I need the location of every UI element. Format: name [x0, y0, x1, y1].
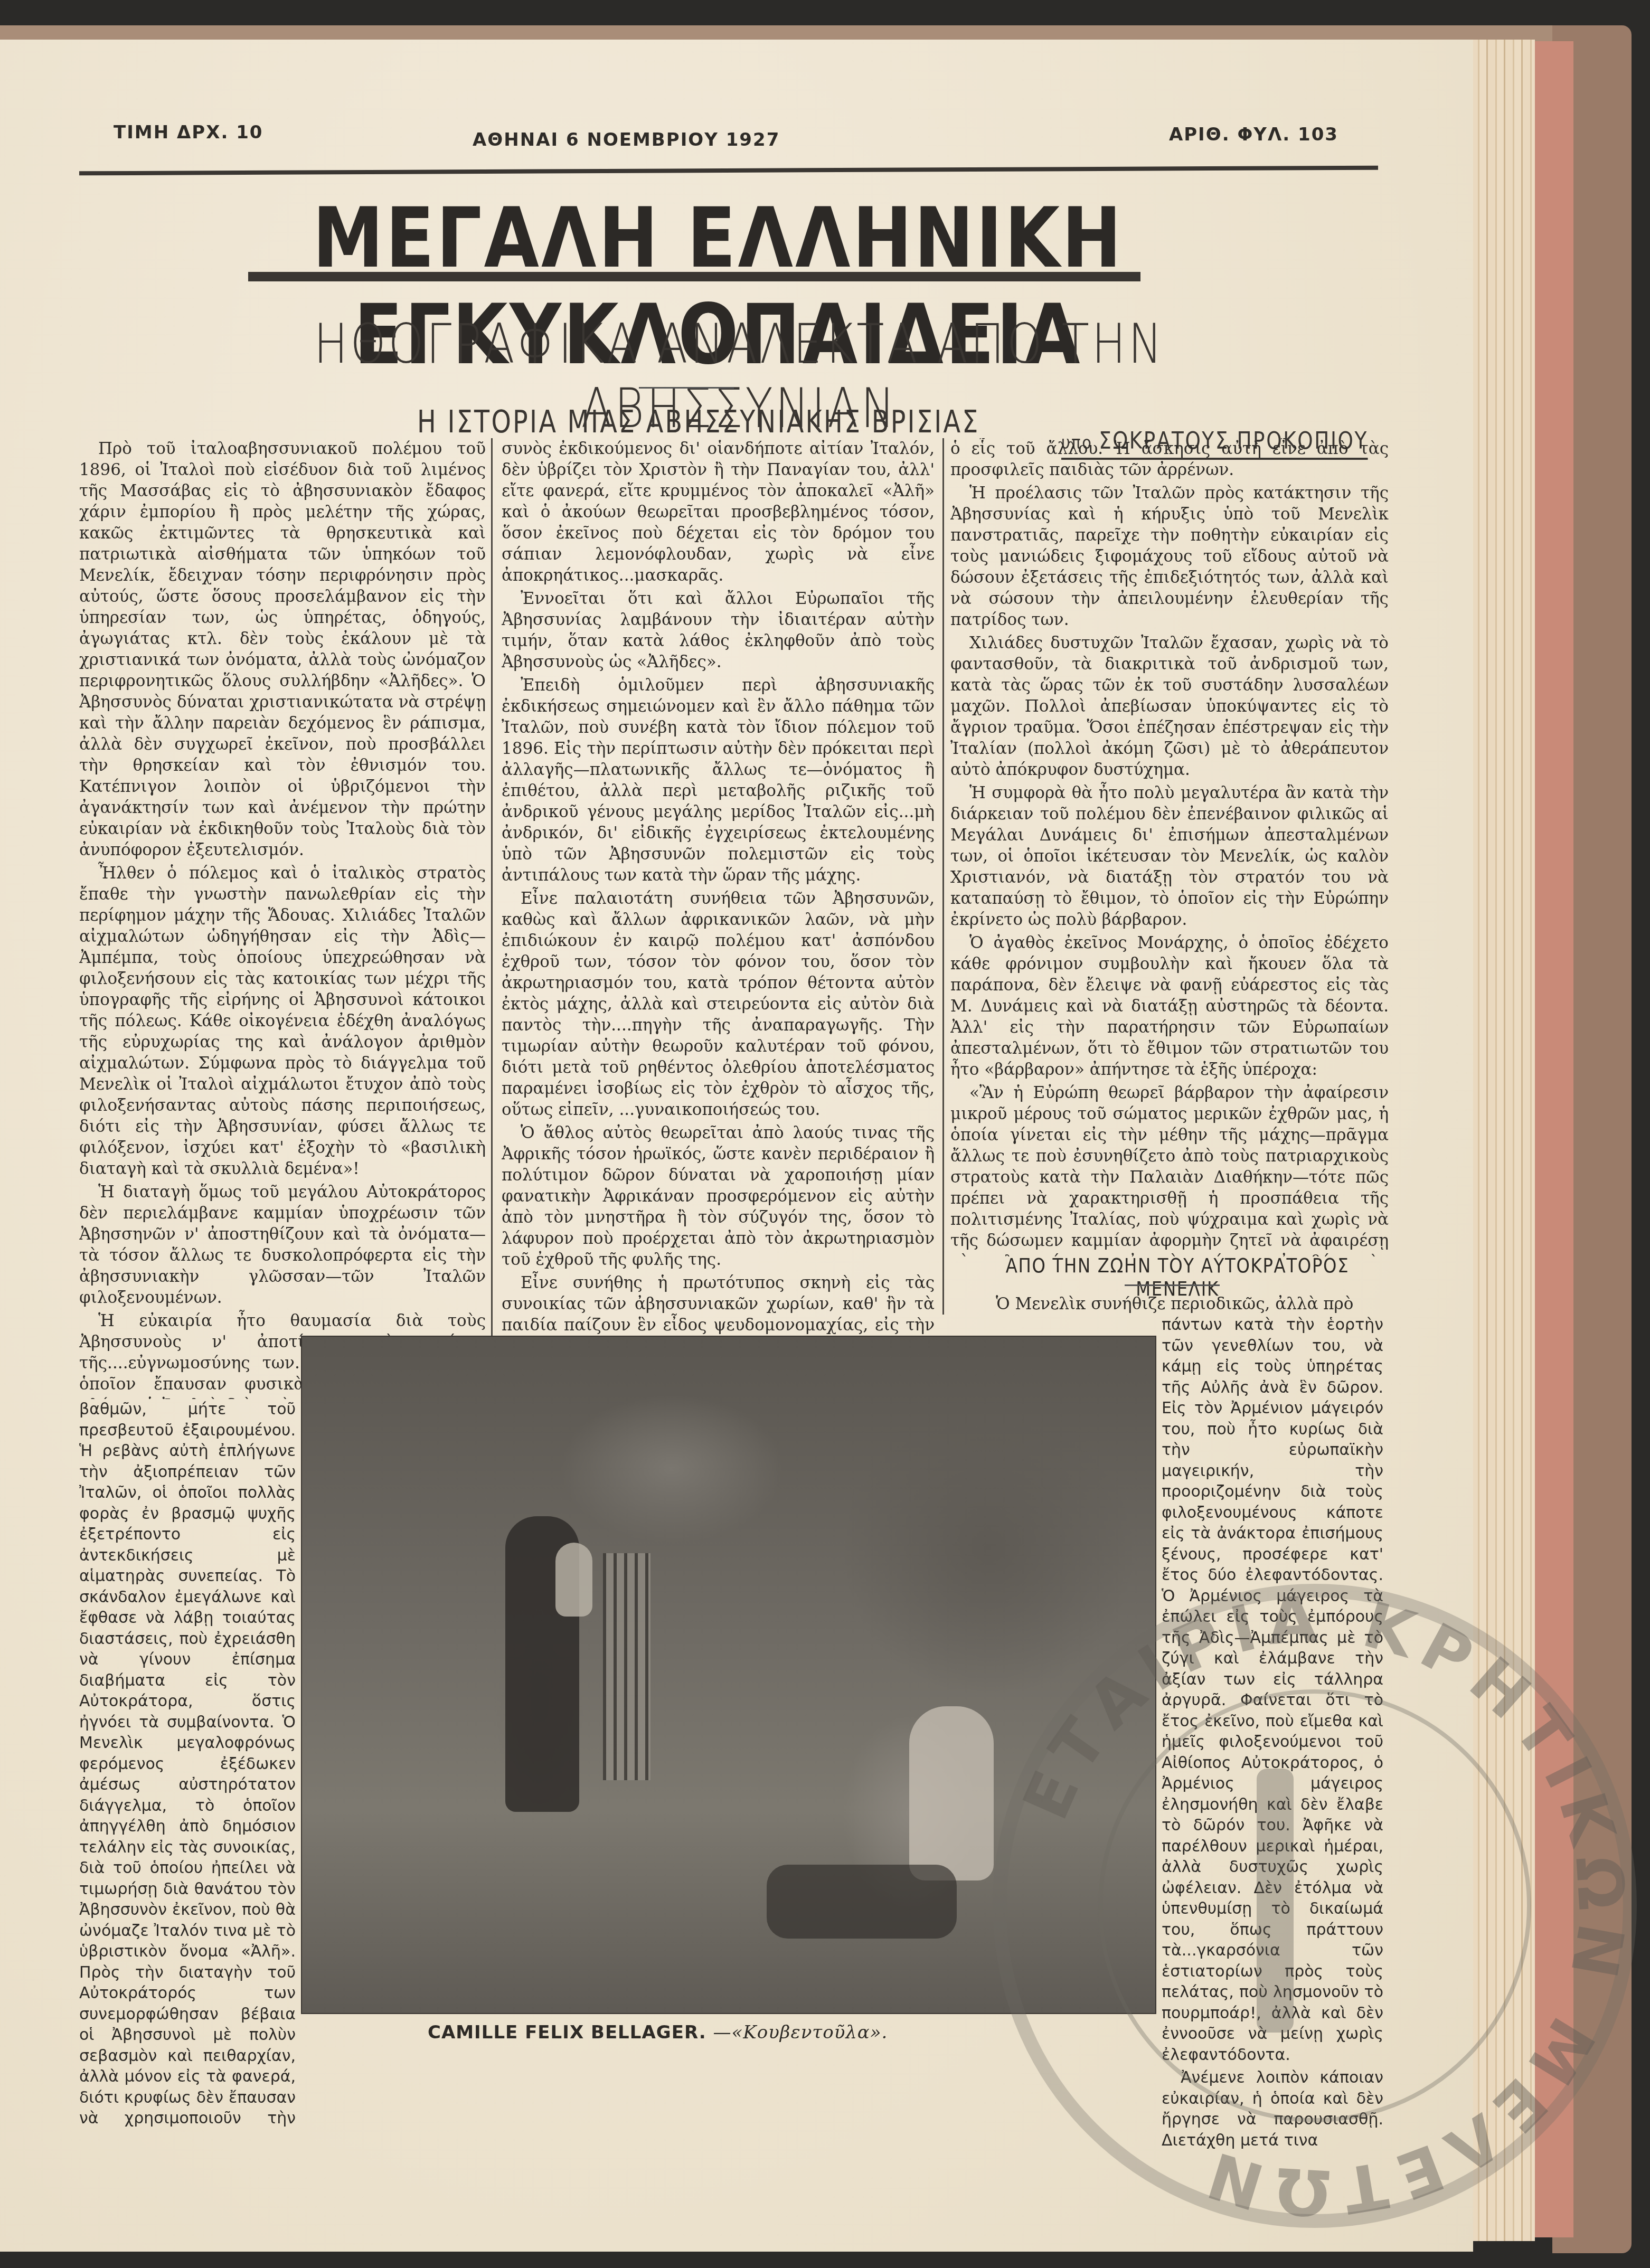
caption-title: —«Κουβεντοῦλα». [713, 2022, 888, 2043]
paragraph: Εἶνε συνήθης ἡ πρωτότυπος σκηνὴ εἰς τὰς … [502, 1272, 935, 1336]
garden-chair [767, 1865, 957, 1939]
binding-top-edge [0, 25, 1610, 41]
caption-artist: CAMILLE FELIX BELLAGER. [428, 2022, 706, 2043]
woman-seated-figure [909, 1706, 994, 1880]
paragraph: Ὁ ἀγαθὸς ἐκεῖνος Μονάρχης, ὁ ὁποῖος ἐδέχ… [950, 932, 1389, 1080]
column-divider [942, 438, 944, 1315]
paragraph: Ἦλθεν ὁ πόλεμος καὶ ὁ ἰταλικὸς στρατὸς ἔ… [79, 863, 486, 1179]
garden-gate [603, 1553, 650, 1780]
paragraph: Εἶνε παλαιοτάτη συνήθεια τῶν Ἀβησσυνῶν, … [502, 888, 935, 1120]
headline-divider [639, 387, 734, 389]
paragraph: Ἐπειδὴ ὁμιλοῦμεν περὶ ἀβησσυνιακῆς ἐκδικ… [502, 675, 935, 886]
paragraph: Ὁ ἄθλος αὐτὸς θεωρεῖται ἀπὸ λαούς τινας … [502, 1122, 935, 1270]
column-2: συνὸς ἐκδικούμενος δι' οἱανδήποτε αἰτίαν… [502, 438, 935, 1336]
masthead-meta: ΤΙΜΗ ΔΡΧ. 10 ΑΘΗΝΑΙ 6 ΝΟΕΜΒΡΙΟΥ 1927 ΑΡΙ… [114, 118, 1338, 144]
paragraph: Ἡ συμφορὰ θὰ ἦτο πολὺ μεγαλυτέρα ἂν κατὰ… [950, 782, 1389, 930]
article-subhead: Η ΙΣΤΟΡΙΑ ΜΙΑΣ ΑΒΗΣΣΥΝΙΑΚΗΣ ΒΡΙΣΙΑΣ [417, 404, 980, 440]
photo-caption: CAMILLE FELIX BELLAGER. —«Κουβεντοῦλα». [428, 2022, 888, 2043]
child-figure [555, 1543, 592, 1617]
issue-number: ΑΡΙΘ. ΦΥΛ. 103 [1169, 124, 1338, 145]
column-1-continued: βαθμῶν, μήτε τοῦ πρεσβευτοῦ ἐξαιρουμένου… [79, 1399, 296, 2128]
column-3: ὁ εἷς τοῦ ἄλλου. Ἡ ἄσκησις αὐτὴ εἶνε ἀπὸ… [950, 438, 1389, 1256]
archive-stamp-text: ΕΤΑΙΡΙΑ ΚΡΗΤΙΚΩΝ ΜΕΛΕΤΩΝ [993, 1584, 1637, 2228]
column-1: Πρὸ τοῦ ἰταλοαβησσυνιακοῦ πολέμου τοῦ 18… [79, 438, 486, 1399]
price: ΤΙΜΗ ΔΡΧ. 10 [114, 122, 263, 143]
paragraph: «Ἂν ἡ Εὐρώπη θεωρεῖ βάρβαρον τὴν ἀφαίρεσ… [950, 1082, 1389, 1256]
paragraph: βαθμῶν, μήτε τοῦ πρεσβευτοῦ ἐξαιρουμένου… [79, 1399, 296, 2128]
paragraph: συνὸς ἐκδικούμενος δι' οἱανδήποτε αἰτίαν… [502, 438, 935, 586]
issue-date: ΑΘΗΝΑΙ 6 ΝΟΕΜΒΡΙΟΥ 1927 [473, 129, 780, 150]
paragraph: ὁ εἷς τοῦ ἄλλου. Ἡ ἄσκησις αὐτὴ εἶνε ἀπὸ… [950, 438, 1389, 480]
paragraph: Ἡ προέλασις τῶν Ἰταλῶν πρὸς κατάκτησιν τ… [950, 483, 1389, 630]
paragraph: Ἐννοεῖται ὅτι καὶ ἄλλοι Εὐρωπαῖοι τῆς Ἀβ… [502, 588, 935, 673]
paragraph: Ἡ διαταγὴ ὅμως τοῦ μεγάλου Αὐτοκράτορος … [79, 1182, 486, 1308]
svg-text:ΕΤΑΙΡΙΑ ΚΡΗΤΙΚΩΝ ΜΕΛΕΤΩΝ: ΕΤΑΙΡΙΑ ΚΡΗΤΙΚΩΝ ΜΕΛΕΤΩΝ [1009, 1584, 1637, 2228]
paragraph: Χιλιάδες δυστυχῶν Ἰταλῶν ἔχασαν, χωρὶς ν… [950, 632, 1389, 780]
paragraph: Πρὸ τοῦ ἰταλοαβησσυνιακοῦ πολέμου τοῦ 18… [79, 438, 486, 861]
column-divider [491, 438, 493, 1336]
section-divider [1125, 1284, 1220, 1286]
section-lead: Ὁ Μενελὶκ συνήθιζε περιοδικῶς, ἀλλὰ πρὸ [977, 1293, 1383, 1315]
title-underline [248, 272, 1140, 281]
stamp-text-path: ΕΤΑΙΡΙΑ ΚΡΗΤΙΚΩΝ ΜΕΛΕΤΩΝ [1009, 1584, 1637, 2228]
masthead-rule [79, 166, 1378, 176]
